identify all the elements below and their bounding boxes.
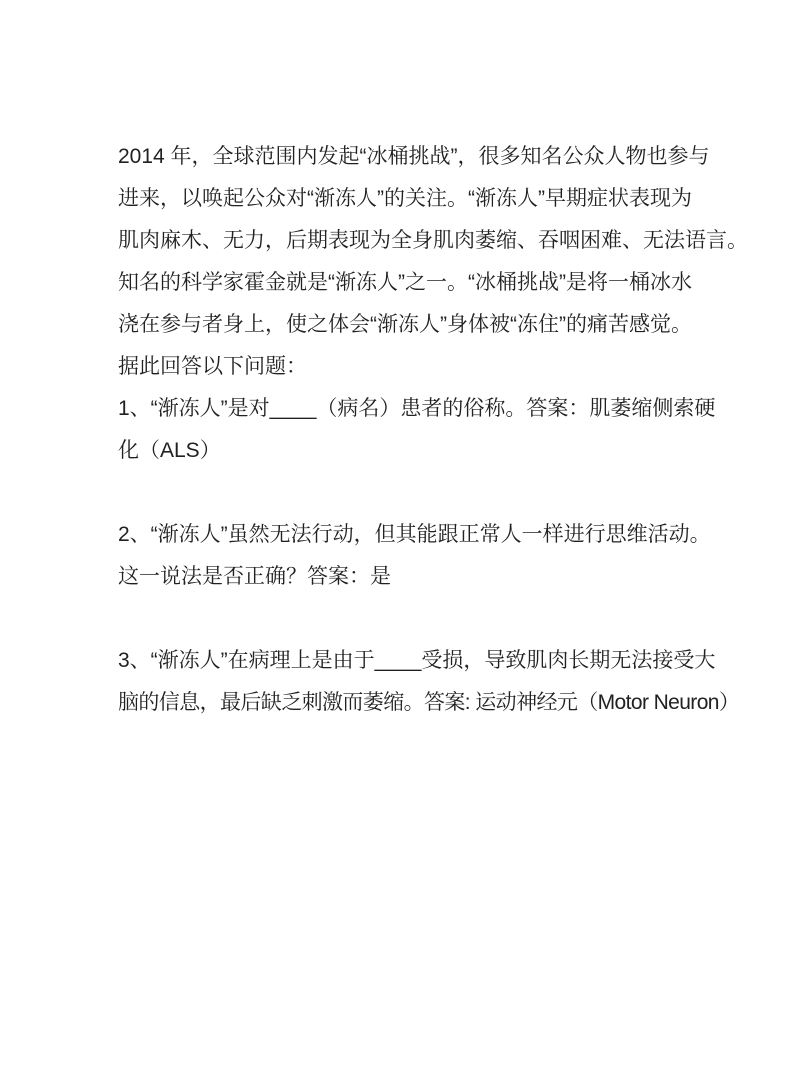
intro-line: 肌肉麻木、无力，后期表现为全身肌肉萎缩、吞咽困难、无法语言。 — [118, 220, 675, 262]
document-content: 2014 年，全球范围内发起“冰桶挑战”，很多知名公众人物也参与 进来，以唤起公… — [118, 136, 675, 724]
intro-line: 浇在参与者身上，使之体会“渐冻人”身体被“冻住”的痛苦感觉。 — [118, 304, 675, 346]
question-line: 1、“渐冻人”是对____（病名）患者的俗称。答案：肌萎缩侧索硬 — [118, 388, 675, 430]
question-line: 2、“渐冻人”虽然无法行动，但其能跟正常人一样进行思维活动。 — [118, 514, 675, 556]
intro-line: 知名的科学家霍金就是“渐冻人”之一。“冰桶挑战”是将一桶冰水 — [118, 262, 675, 304]
question-1: 1、“渐冻人”是对____（病名）患者的俗称。答案：肌萎缩侧索硬 化（ALS） — [118, 388, 675, 472]
intro-line: 2014 年，全球范围内发起“冰桶挑战”，很多知名公众人物也参与 — [118, 136, 675, 178]
question-2: 2、“渐冻人”虽然无法行动，但其能跟正常人一样进行思维活动。 这一说法是否正确？… — [118, 514, 675, 598]
question-line: 化（ALS） — [118, 430, 675, 472]
question-line: 脑的信息，最后缺乏刺激而萎缩。答案: 运动神经元（Motor Neuron） — [118, 682, 675, 724]
document-page: 2014 年，全球范围内发起“冰桶挑战”，很多知名公众人物也参与 进来，以唤起公… — [0, 0, 793, 1072]
question-line: 这一说法是否正确？答案：是 — [118, 556, 675, 598]
intro-paragraph: 2014 年，全球范围内发起“冰桶挑战”，很多知名公众人物也参与 进来，以唤起公… — [118, 136, 675, 388]
intro-line: 进来，以唤起公众对“渐冻人”的关注。“渐冻人”早期症状表现为 — [118, 178, 675, 220]
question-3: 3、“渐冻人”在病理上是由于____受损，导致肌肉长期无法接受大 脑的信息，最后… — [118, 640, 675, 724]
question-line: 3、“渐冻人”在病理上是由于____受损，导致肌肉长期无法接受大 — [118, 640, 675, 682]
intro-line: 据此回答以下问题： — [118, 346, 675, 388]
